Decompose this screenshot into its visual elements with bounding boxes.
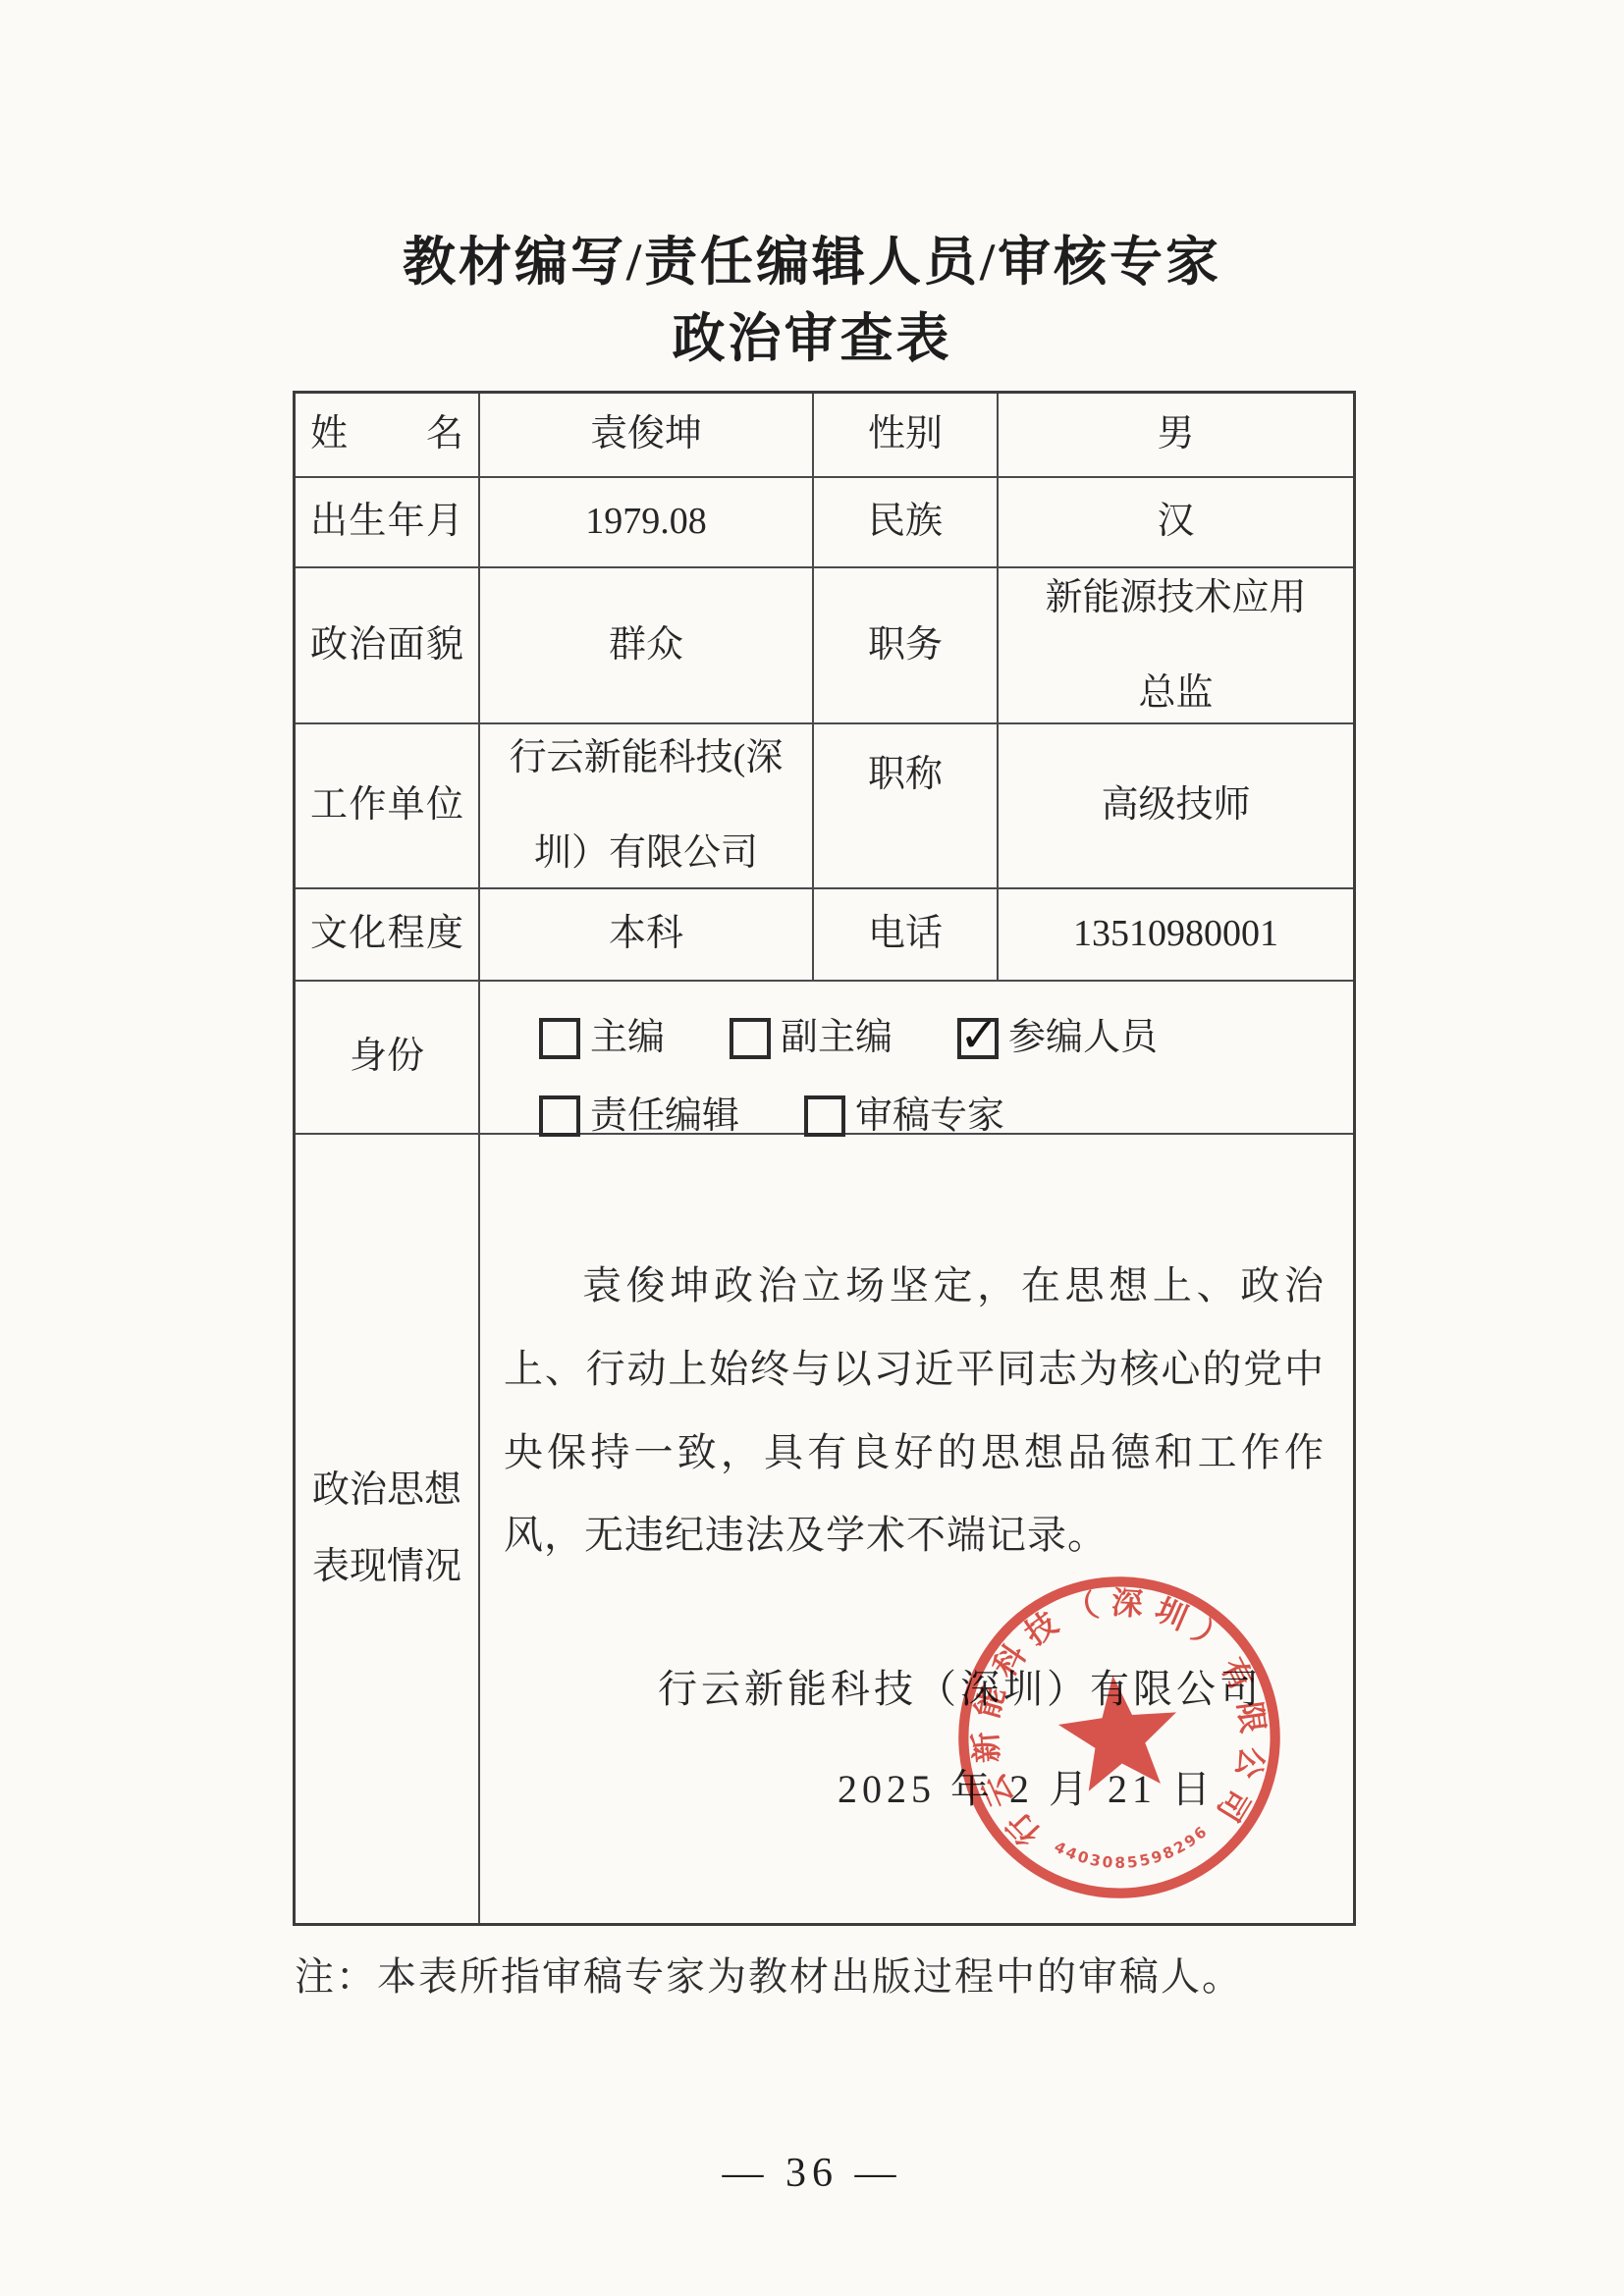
political-status-label: 政治面貌 [296,568,480,724]
education-value: 本科 [480,889,814,982]
title-line-1: 教材编写/责任编辑人员/审核专家 [0,224,1624,300]
option-responsible-editor: 责任编辑 [539,1094,739,1141]
employer-value: 行云新能科技(深圳）有限公司 [480,724,814,889]
checkbox-icon [804,1095,845,1137]
political-status-value: 群众 [480,568,814,724]
phone-value: 13510980001 [999,889,1353,982]
name-label: 姓名 [296,394,480,478]
footnote: 注：本表所指审稿专家为教材出版过程中的审稿人。 [295,1946,1243,2002]
identity-options-line-2: 责任编辑 审稿专家 [539,1094,1004,1141]
signature-date: 2025 年 2 月 21 日 [838,1765,1216,1814]
review-statement-text: 袁俊坤政治立场坚定，在思想上、政治上、行动上始终与以习近平同志为核心的党中央保持… [480,1135,1325,1577]
title-line-2: 政治审查表 [0,300,1624,377]
option-chief-editor: 主编 [539,1015,665,1062]
birthdate-value: 1979.08 [480,478,814,568]
option-deputy-editor: 副主编 [730,1015,893,1062]
document-title: 教材编写/责任编辑人员/审核专家 政治审查表 [0,224,1624,377]
birthdate-label: 出生年月 [296,478,480,568]
gender-label: 性别 [814,394,999,478]
phone-label: 电话 [814,889,999,982]
position-value: 新能源技术应用总监 [999,568,1353,724]
review-statement-cell: 袁俊坤政治立场坚定，在思想上、政治上、行动上始终与以习近平同志为核心的党中央保持… [480,1135,1353,1923]
gender-value: 男 [999,394,1353,478]
option-review-expert: 审稿专家 [804,1094,1004,1141]
title-rank-label: 职称 [814,724,999,889]
checkbox-icon [730,1018,771,1059]
page-number: — 36 — [0,2150,1624,2197]
political-review-form-table: 姓名 袁俊坤 性别 男 出生年月 1979.08 民族 汉 政治面貌 群众 职务… [293,391,1356,1926]
review-section-label: 政治思想 表现情况 [296,1135,480,1923]
name-value: 袁俊坤 [480,394,814,478]
identity-options-line-1: 主编 副主编 参编人员 [539,1015,1158,1062]
checkbox-checked-icon [957,1018,999,1059]
title-rank-value: 高级技师 [999,724,1353,889]
option-label: 审稿专家 [855,1094,1004,1141]
ethnicity-label: 民族 [814,478,999,568]
identity-options-cell: 主编 副主编 参编人员 责任编辑 审稿专家 [480,982,1353,1135]
option-label: 副主编 [781,1015,893,1062]
option-contributing-editor: 参编人员 [957,1015,1158,1062]
employer-label: 工作单位 [296,724,480,889]
option-label: 责任编辑 [590,1094,739,1141]
checkbox-icon [539,1018,580,1059]
option-label: 主编 [590,1015,665,1062]
signature-company: 行云新能科技（深圳）有限公司 [658,1665,1263,1714]
education-label: 文化程度 [296,889,480,982]
checkbox-icon [539,1095,580,1137]
position-label: 职务 [814,568,999,724]
identity-label: 身份 [296,982,480,1135]
option-label: 参编人员 [1008,1015,1158,1062]
